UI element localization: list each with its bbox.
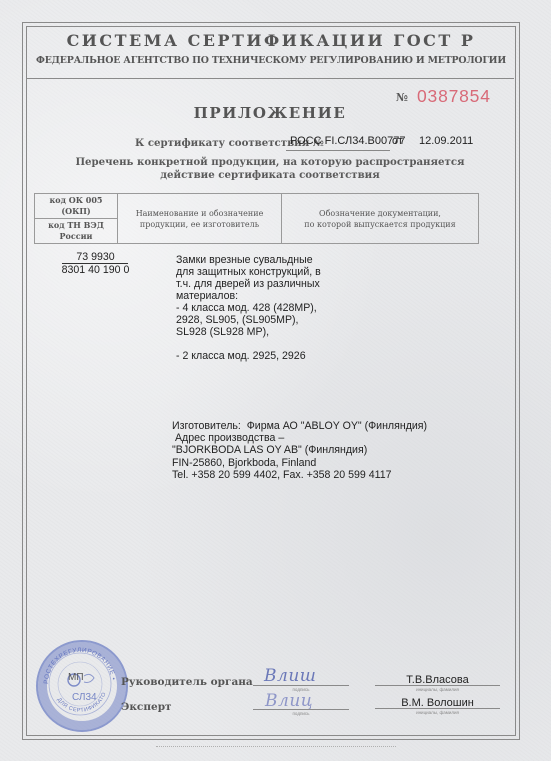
official-stamp: РОСТЕХРЕГУЛИРОВАНИЕ • СИСТЕМА СЕРТИФИКАЦ… (36, 640, 128, 732)
column-product-line1: Наименование и обозначение (118, 208, 281, 219)
stamp-mp-label: МП (68, 672, 84, 683)
product-table-header: код ОК 005 (ОКП) Наименование и обозначе… (34, 193, 479, 244)
column-okp-code: код ОК 005 (ОКП) (35, 194, 118, 219)
column-docs-line1: Обозначение документации, (282, 208, 478, 219)
manufacturer-line: Tel. +358 20 599 4402, Fax. +358 20 599 … (172, 469, 472, 481)
expert-signature-line (253, 709, 349, 710)
column-product: Наименование и обозначение продукции, ее… (118, 194, 282, 244)
list-title-line1: Перечень конкретной продукции, на котору… (26, 156, 514, 169)
okp-code: 73 9930 (38, 251, 153, 263)
manufacturer-info: Изготовитель: Фирма АО "ABLOY OY" (Финля… (172, 420, 472, 481)
annex-title: ПРИЛОЖЕНИЕ (26, 104, 514, 122)
expert-name-line (375, 708, 500, 709)
head-signature: Влиш (264, 666, 316, 686)
column-docs-line2: по которой выпускается продукция (282, 219, 478, 230)
tnved-code: 8301 40 190 0 (38, 264, 153, 276)
stamp-code: СЛ34 (72, 692, 97, 703)
column-documentation: Обозначение документации, по которой вып… (282, 194, 479, 244)
footer-fine-print (156, 746, 396, 749)
column-product-line2: продукции, ее изготовитель (118, 219, 281, 230)
manufacturer-line: Адрес производства – (172, 432, 472, 444)
expert-name-caption: инициалы, фамилия (375, 710, 500, 715)
certificate-date: 12.09.2011 (419, 135, 473, 147)
list-title-line2: действие сертификата соответствия (26, 169, 514, 182)
manufacturer-line: Изготовитель: Фирма АО "ABLOY OY" (Финля… (172, 420, 472, 432)
list-title: Перечень конкретной продукции, на котору… (26, 156, 514, 182)
expert-label: Эксперт (121, 701, 172, 713)
header-divider (27, 78, 514, 79)
head-name-caption: инициалы, фамилия (375, 687, 500, 692)
manufacturer-line: "BJORKBODA LAS OY AB" (Финляндия) (172, 444, 472, 456)
serial-number-label: № (396, 91, 408, 104)
stamp-ring-icon: РОСТЕХРЕГУЛИРОВАНИЕ • СИСТЕМА СЕРТИФИКАЦ… (36, 640, 124, 728)
expert-signature-caption: подпись (253, 711, 349, 716)
date-prefix: от (392, 135, 403, 147)
expert-signature: Влиц (265, 691, 313, 711)
head-label: Руководитель органа (121, 676, 253, 688)
system-title: СИСТЕМА СЕРТИФИКАЦИИ ГОСТ Р (26, 31, 516, 50)
manufacturer-line: FIN-25860, Bjorkboda, Finland (172, 457, 472, 469)
head-name-line (375, 685, 500, 686)
inner-border (26, 26, 516, 736)
certificate-underline (286, 150, 390, 151)
head-signature-line (253, 685, 349, 686)
product-description: Замки врезные сувальдные для защитных ко… (176, 254, 376, 362)
printer-footer (26, 746, 526, 749)
agency-name: ФЕДЕРАЛЬНОЕ АГЕНТСТВО ПО ТЕХНИЧЕСКОМУ РЕ… (26, 55, 516, 66)
column-tnved-code: код ТН ВЭД России (35, 219, 118, 244)
certificate-number: РОСС FI.СЛ34.В00777 (290, 135, 405, 147)
